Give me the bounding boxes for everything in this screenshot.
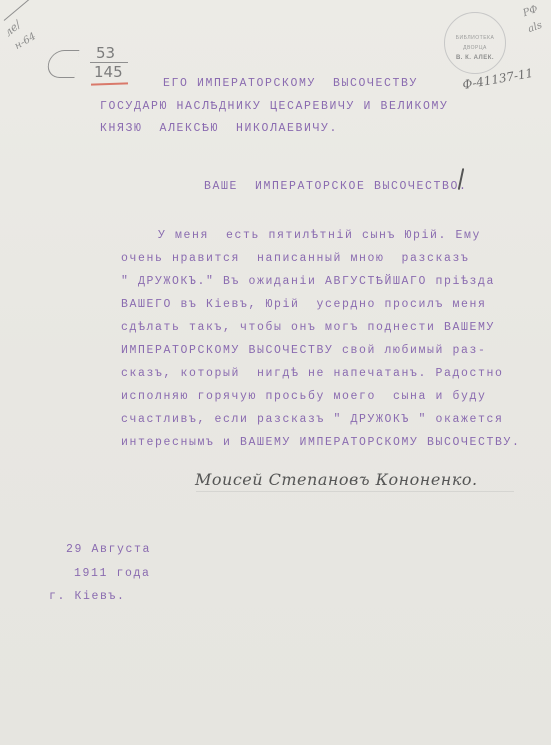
body-line: исполняю горячую просьбу моего сына и бу… bbox=[121, 391, 487, 403]
pencil-note-right-2: als bbox=[527, 20, 544, 35]
date-line-2: 1911 года bbox=[74, 568, 151, 580]
body-line: очень нравится написанный мною разсказъ bbox=[121, 253, 470, 265]
body-line: счастливъ, если разсказъ " ДРУЖОКЪ " ока… bbox=[121, 414, 504, 426]
salutation: ВАШЕ ИМПЕРАТОРСКОЕ ВЫСОЧЕСТВО. bbox=[204, 181, 468, 193]
address-line-3: КНЯЗЮ АЛЕКСѢЮ НИКОЛАЕВИЧУ. bbox=[100, 123, 338, 135]
date-line-3: г. Кіевъ. bbox=[49, 591, 126, 603]
body-line: " ДРУЖОКЪ." Въ ожиданіи АВГУСТѢЙШАГО прі… bbox=[121, 276, 495, 288]
stamp-line-2: ДВОРЦА bbox=[445, 45, 505, 51]
handwritten-signature: Моисей Степановъ Кононенко. bbox=[195, 470, 478, 489]
library-stamp: БИБЛИОТЕКА ДВОРЦА В. К. АЛЕК. bbox=[444, 12, 506, 74]
body-line: сказъ, который нигдѣ не напечатанъ. Радо… bbox=[121, 368, 504, 380]
body-line: сдѣлать такъ, чтобы онъ могъ поднести ВА… bbox=[121, 322, 495, 334]
address-line-2: ГОСУДАРЮ НАСЛѢДНИКУ ЦЕСАРЕВИЧУ И ВЕЛИКОМ… bbox=[100, 101, 449, 113]
pencil-note-2: н-64 bbox=[13, 31, 38, 52]
body-line: интереснымъ и ВАШЕМУ ИМПЕРАТОРСКОМУ ВЫСО… bbox=[121, 437, 521, 449]
pencil-note-right-1: РФ bbox=[522, 4, 540, 19]
stamp-line-1: БИБЛИОТЕКА bbox=[445, 35, 505, 41]
pencil-slash-mark bbox=[4, 0, 31, 21]
body-line: ВАШЕГО въ Кіевъ, Юрій усердно просилъ ме… bbox=[121, 299, 487, 311]
signature-guide-line bbox=[196, 491, 514, 492]
catalog-denominator: 145 bbox=[94, 63, 123, 81]
body-line: ИМПЕРАТОРСКОМУ ВЫСОЧЕСТВУ свой любимый р… bbox=[121, 345, 487, 357]
pencil-note-1: ле/ bbox=[2, 18, 24, 39]
address-line-1: ЕГО ИМПЕРАТОРСКОМУ ВЫСОЧЕСТВУ bbox=[163, 78, 418, 90]
body-line: У меня есть пятилѣтній сынъ Юрій. Ему bbox=[158, 230, 481, 242]
catalog-numerator: 53 bbox=[96, 44, 115, 62]
red-pencil-underline bbox=[91, 82, 128, 85]
letter-page: ле/ н-64 53 145 БИБЛИОТЕКА ДВОРЦА В. К. … bbox=[0, 0, 551, 745]
date-line-1: 29 Августа bbox=[66, 544, 151, 556]
catalog-bracket-mark bbox=[46, 50, 80, 78]
stamp-line-3: В. К. АЛЕК. bbox=[445, 55, 505, 61]
